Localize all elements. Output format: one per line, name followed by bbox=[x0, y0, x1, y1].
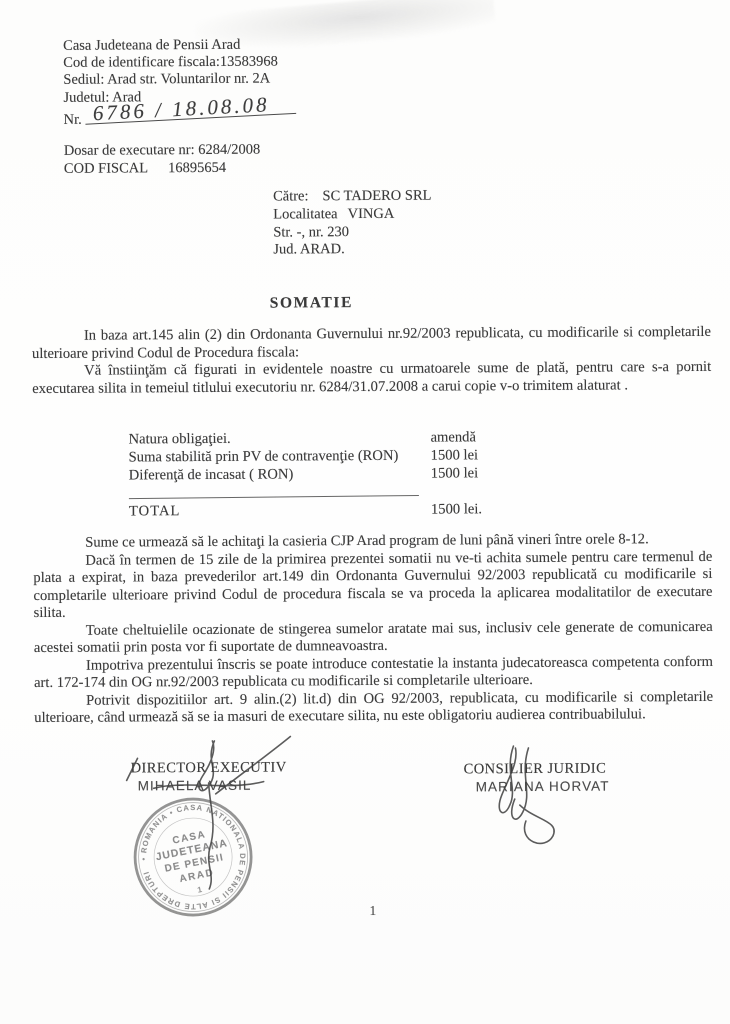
intro-paragraphs: In baza art.145 alin (2) din Ordonanta G… bbox=[32, 324, 711, 398]
body-paragraphs: Sume ce urmează să le achitaţi la casier… bbox=[33, 531, 713, 728]
recipient-to-label: Către: bbox=[273, 188, 309, 204]
issuer-org-name: Casa Judeteana de Pensii Arad bbox=[63, 36, 296, 55]
page-number: 1 bbox=[369, 903, 376, 919]
recipient-street-line: Str. -, nr. 230 bbox=[273, 223, 432, 242]
recipient-block: Către:SC TADERO SRL LocalitateaVINGA Str… bbox=[273, 188, 432, 260]
table-row: Suma stabilită prin PV de contravenţie (… bbox=[129, 446, 509, 467]
dossier-number-line: Dosar de executare nr: 6284/2008 bbox=[64, 142, 261, 161]
total-value: 1500 lei. bbox=[431, 500, 509, 519]
total-row: TOTAL 1500 lei. bbox=[129, 500, 509, 521]
official-round-stamp: • ROMANIA • CASA NATIONALA DE PENSII SI … bbox=[114, 778, 272, 936]
fiscal-code-value: 16895654 bbox=[168, 159, 226, 175]
document-body: Casa Judeteana de Pensii Arad Cod de ide… bbox=[0, 0, 730, 1024]
issuer-address: Sediul: Arad str. Voluntarilor nr. 2A bbox=[63, 71, 296, 90]
issuer-header: Casa Judeteana de Pensii Arad Cod de ide… bbox=[63, 36, 296, 128]
recipient-locality-value: VINGA bbox=[348, 206, 395, 222]
row-value: 1500 lei bbox=[431, 446, 509, 465]
registration-number-handwritten: 6786 / 18.08.08 bbox=[84, 95, 296, 125]
table-row: Diferenţă de incasat ( RON) 1500 lei bbox=[129, 465, 509, 486]
total-divider-line bbox=[129, 495, 419, 499]
case-info: Dosar de executare nr: 6284/2008 COD FIS… bbox=[64, 142, 261, 178]
row-label: Suma stabilită prin PV de contravenţie (… bbox=[129, 447, 431, 467]
row-label: Natura obligaţiei. bbox=[128, 429, 430, 449]
paragraph-notification: Vă înstiinţăm că figurati in evidentele … bbox=[32, 359, 711, 398]
row-value: amendă bbox=[430, 428, 508, 447]
recipient-to-line: Către:SC TADERO SRL bbox=[273, 188, 432, 207]
paragraph-hearing: Potrivit dispozitiilor art. 9 alin.(2) l… bbox=[34, 688, 713, 727]
registration-number-label: Nr. bbox=[64, 112, 82, 128]
row-label: Diferenţă de incasat ( RON) bbox=[129, 465, 431, 485]
paragraph-legal-basis: In baza art.145 alin (2) din Ordonanta G… bbox=[32, 324, 711, 363]
paragraph-deadline: Dacă în termen de 15 zile de la primirea… bbox=[33, 548, 712, 622]
counsel-signature-scribble bbox=[520, 805, 554, 844]
fiscal-code-label: COD FISCAL bbox=[64, 160, 148, 177]
document-title: SOMATIE bbox=[270, 294, 353, 313]
stamp-center-line: 1 bbox=[197, 885, 204, 895]
recipient-locality-line: LocalitateaVINGA bbox=[273, 205, 432, 224]
paragraph-costs: Toate cheltuielile ocazionate de stinger… bbox=[34, 618, 713, 657]
counsel-title: CONSILIER JURIDIC bbox=[464, 761, 607, 779]
table-row: Natura obligaţiei. amendă bbox=[128, 428, 508, 449]
scanned-document-page: Casa Judeteana de Pensii Arad Cod de ide… bbox=[0, 0, 730, 1024]
amounts-table: Natura obligaţiei. amendă Suma stabilită… bbox=[128, 428, 509, 520]
registration-number-line: Nr. 6786 / 18.08.08 bbox=[64, 107, 297, 129]
total-label: TOTAL bbox=[129, 500, 431, 520]
director-title: DIRECTOR EXECUTIV bbox=[131, 759, 287, 777]
fiscal-code-line: COD FISCAL16895654 bbox=[64, 159, 261, 178]
row-value: 1500 lei bbox=[431, 465, 509, 484]
issuer-fiscal-code: Cod de identificare fiscala:13583968 bbox=[63, 54, 296, 73]
counsel-name: MARIANA HORVAT bbox=[476, 779, 610, 795]
recipient-county-line: Jud. ARAD. bbox=[273, 241, 432, 260]
recipient-locality-label: Localitatea bbox=[273, 206, 338, 222]
recipient-company: SC TADERO SRL bbox=[322, 188, 431, 205]
paragraph-appeal: Impotriva prezentului înscris se poate i… bbox=[34, 653, 713, 692]
